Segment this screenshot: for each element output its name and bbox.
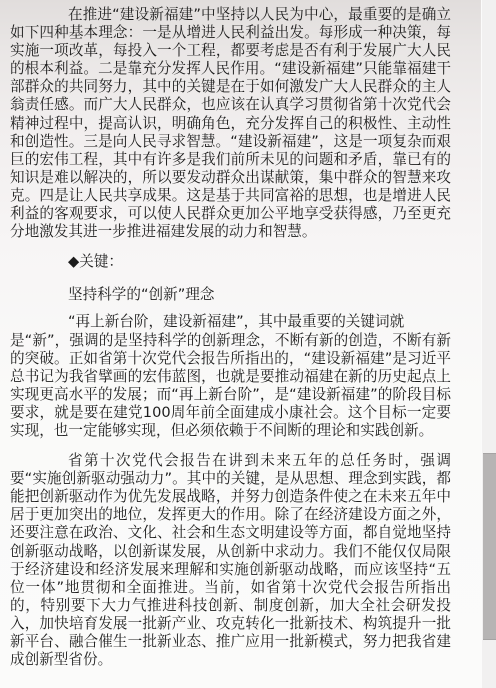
ebook-page: 在推进“建设新福建”中坚持以人民为中心，最重要的是确立如下四种基本理念：一是从增…	[0, 0, 496, 688]
scrollbar-thumb[interactable]	[483, 453, 496, 640]
diamond-bullet-icon: ◆	[68, 253, 79, 270]
document-content: 在推进“建设新福建”中坚持以人民为中心，最重要的是确立如下四种基本理念：一是从增…	[10, 6, 451, 681]
paragraph-intro: 在推进“建设新福建”中坚持以人民为中心，最重要的是确立如下四种基本理念：一是从增…	[10, 6, 451, 241]
section-heading-label: 关键：	[79, 253, 123, 270]
paragraph-innovation: 省第十次党代会报告在讲到未来五年的总任务时，强调要“实施创新驱动强动力”。其中的…	[10, 452, 451, 669]
paragraph-key-concept: “再上新台阶，建设新福建”，其中最重要的关键词就 是“新”，强调的是坚持科学的创…	[10, 313, 451, 440]
section-heading: ◆关键：	[10, 253, 451, 271]
section-subheading: 坚持科学的“创新”理念	[10, 286, 451, 304]
scrollbar-track[interactable]	[481, 0, 496, 688]
